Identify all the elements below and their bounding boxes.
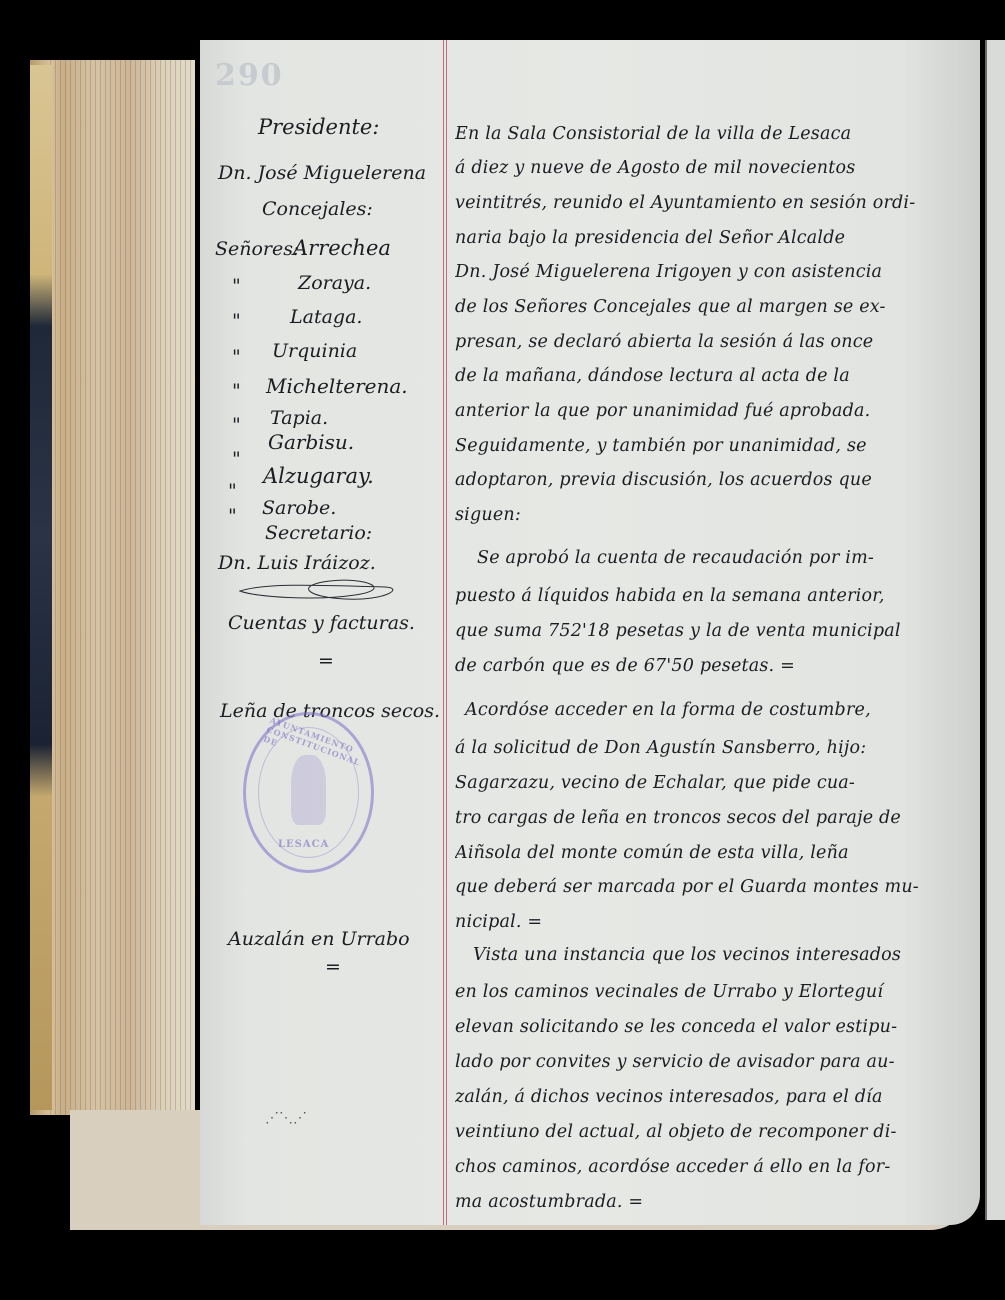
body-line: En la Sala Consistorial de la villa de L… — [455, 124, 980, 144]
equals-mark: = — [325, 956, 341, 978]
body-line: ma acostumbrada. = — [455, 1192, 980, 1212]
ditto-mark: " — [232, 448, 241, 470]
body-line: Vista una instancia que los vecinos inte… — [455, 945, 998, 965]
councillor-name: Michelterena. — [266, 374, 408, 398]
body-line: lado por convites y servicio de avisador… — [455, 1052, 980, 1072]
section-note-auzalan: Auzalán en Urrabo — [228, 928, 410, 950]
body-line: Dn. José Miguelerena Irigoyen y con asis… — [455, 262, 980, 282]
folio-number: 290 — [215, 58, 284, 93]
body-line: presan, se declaró abierta la sesión á l… — [455, 332, 980, 352]
body-line: puesto á líquidos habida en la semana an… — [455, 586, 980, 606]
stamp-text-bottom: LESACA — [278, 839, 329, 850]
body-line: á diez y nueve de Agosto de mil novecien… — [455, 158, 980, 178]
body-line: naria bajo la presidencia del Señor Alca… — [455, 228, 980, 248]
body-line: de los Señores Concejales que al margen … — [455, 297, 980, 317]
body-line: Seguidamente, y también por unanimidad, … — [455, 436, 980, 456]
ditto-mark: " — [232, 310, 241, 332]
body-line: adoptaron, previa discusión, los acuerdo… — [455, 470, 980, 490]
body-line: de carbón que es de 67'50 pesetas. = — [455, 656, 980, 676]
facing-page-edge — [985, 40, 1005, 1220]
body-line: zalán, á dichos vecinos interesados, par… — [455, 1087, 980, 1107]
ink-smudge: ⋰⋱⋰ — [265, 1110, 345, 1130]
red-margin-rule — [443, 40, 447, 1225]
body-line: anterior la que por unanimidad fué aprob… — [455, 401, 980, 421]
flourish-divider — [235, 575, 400, 603]
body-line: que deberá ser marcada por el Guarda mon… — [455, 877, 980, 897]
municipal-seal-stamp: AYUNTAMIENTO CONSTITUCIONAL DE LESACA — [243, 712, 374, 873]
heading-president: Presidente: — [258, 115, 379, 139]
ditto-mark: " — [232, 346, 241, 368]
ditto-mark: " — [232, 275, 241, 297]
body-line: Acordóse acceder en la forma de costumbr… — [455, 700, 990, 720]
body-line: Aiñsola del monte común de esta villa, l… — [455, 843, 980, 863]
body-line: veintitrés, reunido el Ayuntamiento en s… — [455, 193, 980, 213]
ditto-mark: " — [232, 380, 241, 402]
councillor-name: Garbisu. — [268, 430, 354, 454]
stamp-figure-icon — [291, 755, 326, 825]
body-line: de la mañana, dándose lectura al acta de… — [455, 366, 980, 386]
body-line: Se aprobó la cuenta de recaudación por i… — [455, 548, 1002, 568]
secretary-name: Dn. Luis Iráizoz. — [218, 552, 376, 574]
councillor-name: Tapia. — [270, 407, 328, 429]
councillor-name: Alzugaray. — [263, 464, 374, 488]
section-note-accounts: Cuentas y facturas. — [228, 612, 415, 634]
ditto-mark: " — [228, 505, 237, 527]
heading-secretary: Secretario: — [265, 522, 372, 544]
ditto-mark: " — [228, 480, 237, 502]
body-line: tro cargas de leña en troncos secos del … — [455, 808, 980, 828]
body-line: chos caminos, acordóse acceder á ello en… — [455, 1157, 980, 1177]
equals-mark: = — [318, 650, 334, 672]
councillor-name: Zoraya. — [298, 272, 371, 294]
body-line: elevan solicitando se les conceda el val… — [455, 1017, 980, 1037]
body-line: á la solicitud de Don Agustín Sansberro,… — [455, 738, 980, 758]
body-line: en los caminos vecinales de Urrabo y Elo… — [455, 982, 980, 1002]
councillor-name: Sarobe. — [262, 497, 336, 519]
page-edge-lines — [50, 60, 195, 1115]
body-line: siguen: — [455, 505, 980, 525]
president-name: Dn. José Miguelerena — [218, 162, 426, 184]
councillors-prefix: Señores: — [215, 238, 299, 260]
book-binding — [30, 65, 52, 1110]
councillor-name: Arrechea — [293, 236, 391, 260]
body-line: nicipal. = — [455, 912, 980, 932]
heading-councillors: Concejales: — [262, 198, 373, 220]
body-line: Sagarzazu, vecino de Echalar, que pide c… — [455, 773, 980, 793]
councillor-name: Urquinia — [272, 340, 357, 362]
ditto-mark: " — [232, 414, 241, 436]
body-line: veintiuno del actual, al objeto de recom… — [455, 1122, 980, 1142]
body-line: que suma 752'18 pesetas y la de venta mu… — [455, 621, 980, 641]
councillor-name: Lataga. — [290, 306, 362, 328]
